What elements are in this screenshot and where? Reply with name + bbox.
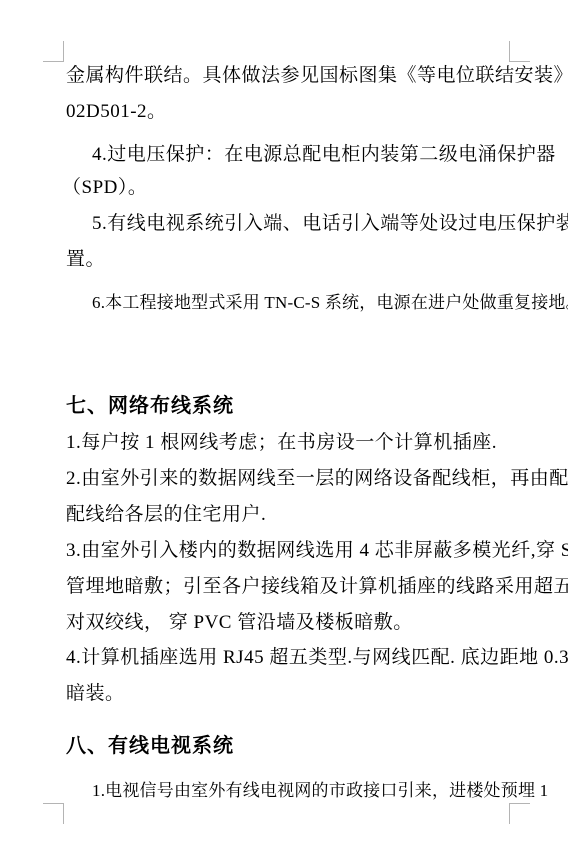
paragraph-overvoltage-line-1: 4.过电压保护：在电源总配电柜内装第二级电涌保护器 bbox=[92, 143, 556, 167]
paragraph-overvoltage-line-2: （SPD）。 bbox=[62, 176, 147, 200]
text-boundary-mark-top-left bbox=[43, 41, 64, 62]
paragraph-grounding: 6.本工程接地型式采用 TN-C-S 系统，电源在进户处做重复接地。 bbox=[92, 292, 568, 313]
network-item-3-line-1: 3.由室外引入楼内的数据网线选用 4 芯非屏蔽多模光纤,穿 SC40 bbox=[66, 539, 568, 563]
network-item-2-line-1: 2.由室外引来的数据网线至一层的网络设备配线柜，再由配线柜 bbox=[66, 467, 568, 491]
network-item-1: 1.每户按 1 根网线考虑；在书房设一个计算机插座. bbox=[66, 431, 497, 455]
text-boundary-mark-bottom-left bbox=[43, 803, 64, 824]
paragraph-equipotential-line-2: 02D501-2。 bbox=[66, 100, 167, 124]
network-item-3-line-3: 对双绞线， 穿 PVC 管沿墙及楼板暗敷。 bbox=[66, 611, 413, 635]
text-boundary-mark-bottom-right bbox=[509, 803, 530, 824]
paragraph-catv-surge-line-1: 5.有线电视系统引入端、电话引入端等处设过电压保护装 bbox=[92, 212, 568, 236]
network-item-3-line-2: 管埋地暗敷；引至各户接线箱及计算机插座的线路采用超五类 4 bbox=[66, 575, 568, 599]
paragraph-equipotential-line-1: 金属构件联结。具体做法参见国标图集《等电位联结安装》 bbox=[66, 64, 568, 88]
section-heading-network-cabling: 七、网络布线系统 bbox=[66, 394, 234, 419]
network-item-2-line-2: 配线给各层的住宅用户. bbox=[66, 503, 266, 527]
cable-tv-item-1-line-1: 1.电视信号由室外有线电视网的市政接口引来，进楼处预埋 1 bbox=[92, 780, 548, 801]
text-boundary-mark-top-right bbox=[509, 41, 530, 62]
section-heading-cable-tv: 八、有线电视系统 bbox=[66, 734, 234, 759]
document-page: 金属构件联结。具体做法参见国标图集《等电位联结安装》 02D501-2。 4.过… bbox=[0, 0, 568, 847]
network-item-4-line-1: 4.计算机插座选用 RJ45 超五类型.与网线匹配. 底边距地 0.3m bbox=[66, 646, 568, 670]
network-item-4-line-2: 暗装。 bbox=[66, 682, 125, 706]
paragraph-catv-surge-line-2: 置。 bbox=[66, 248, 105, 272]
